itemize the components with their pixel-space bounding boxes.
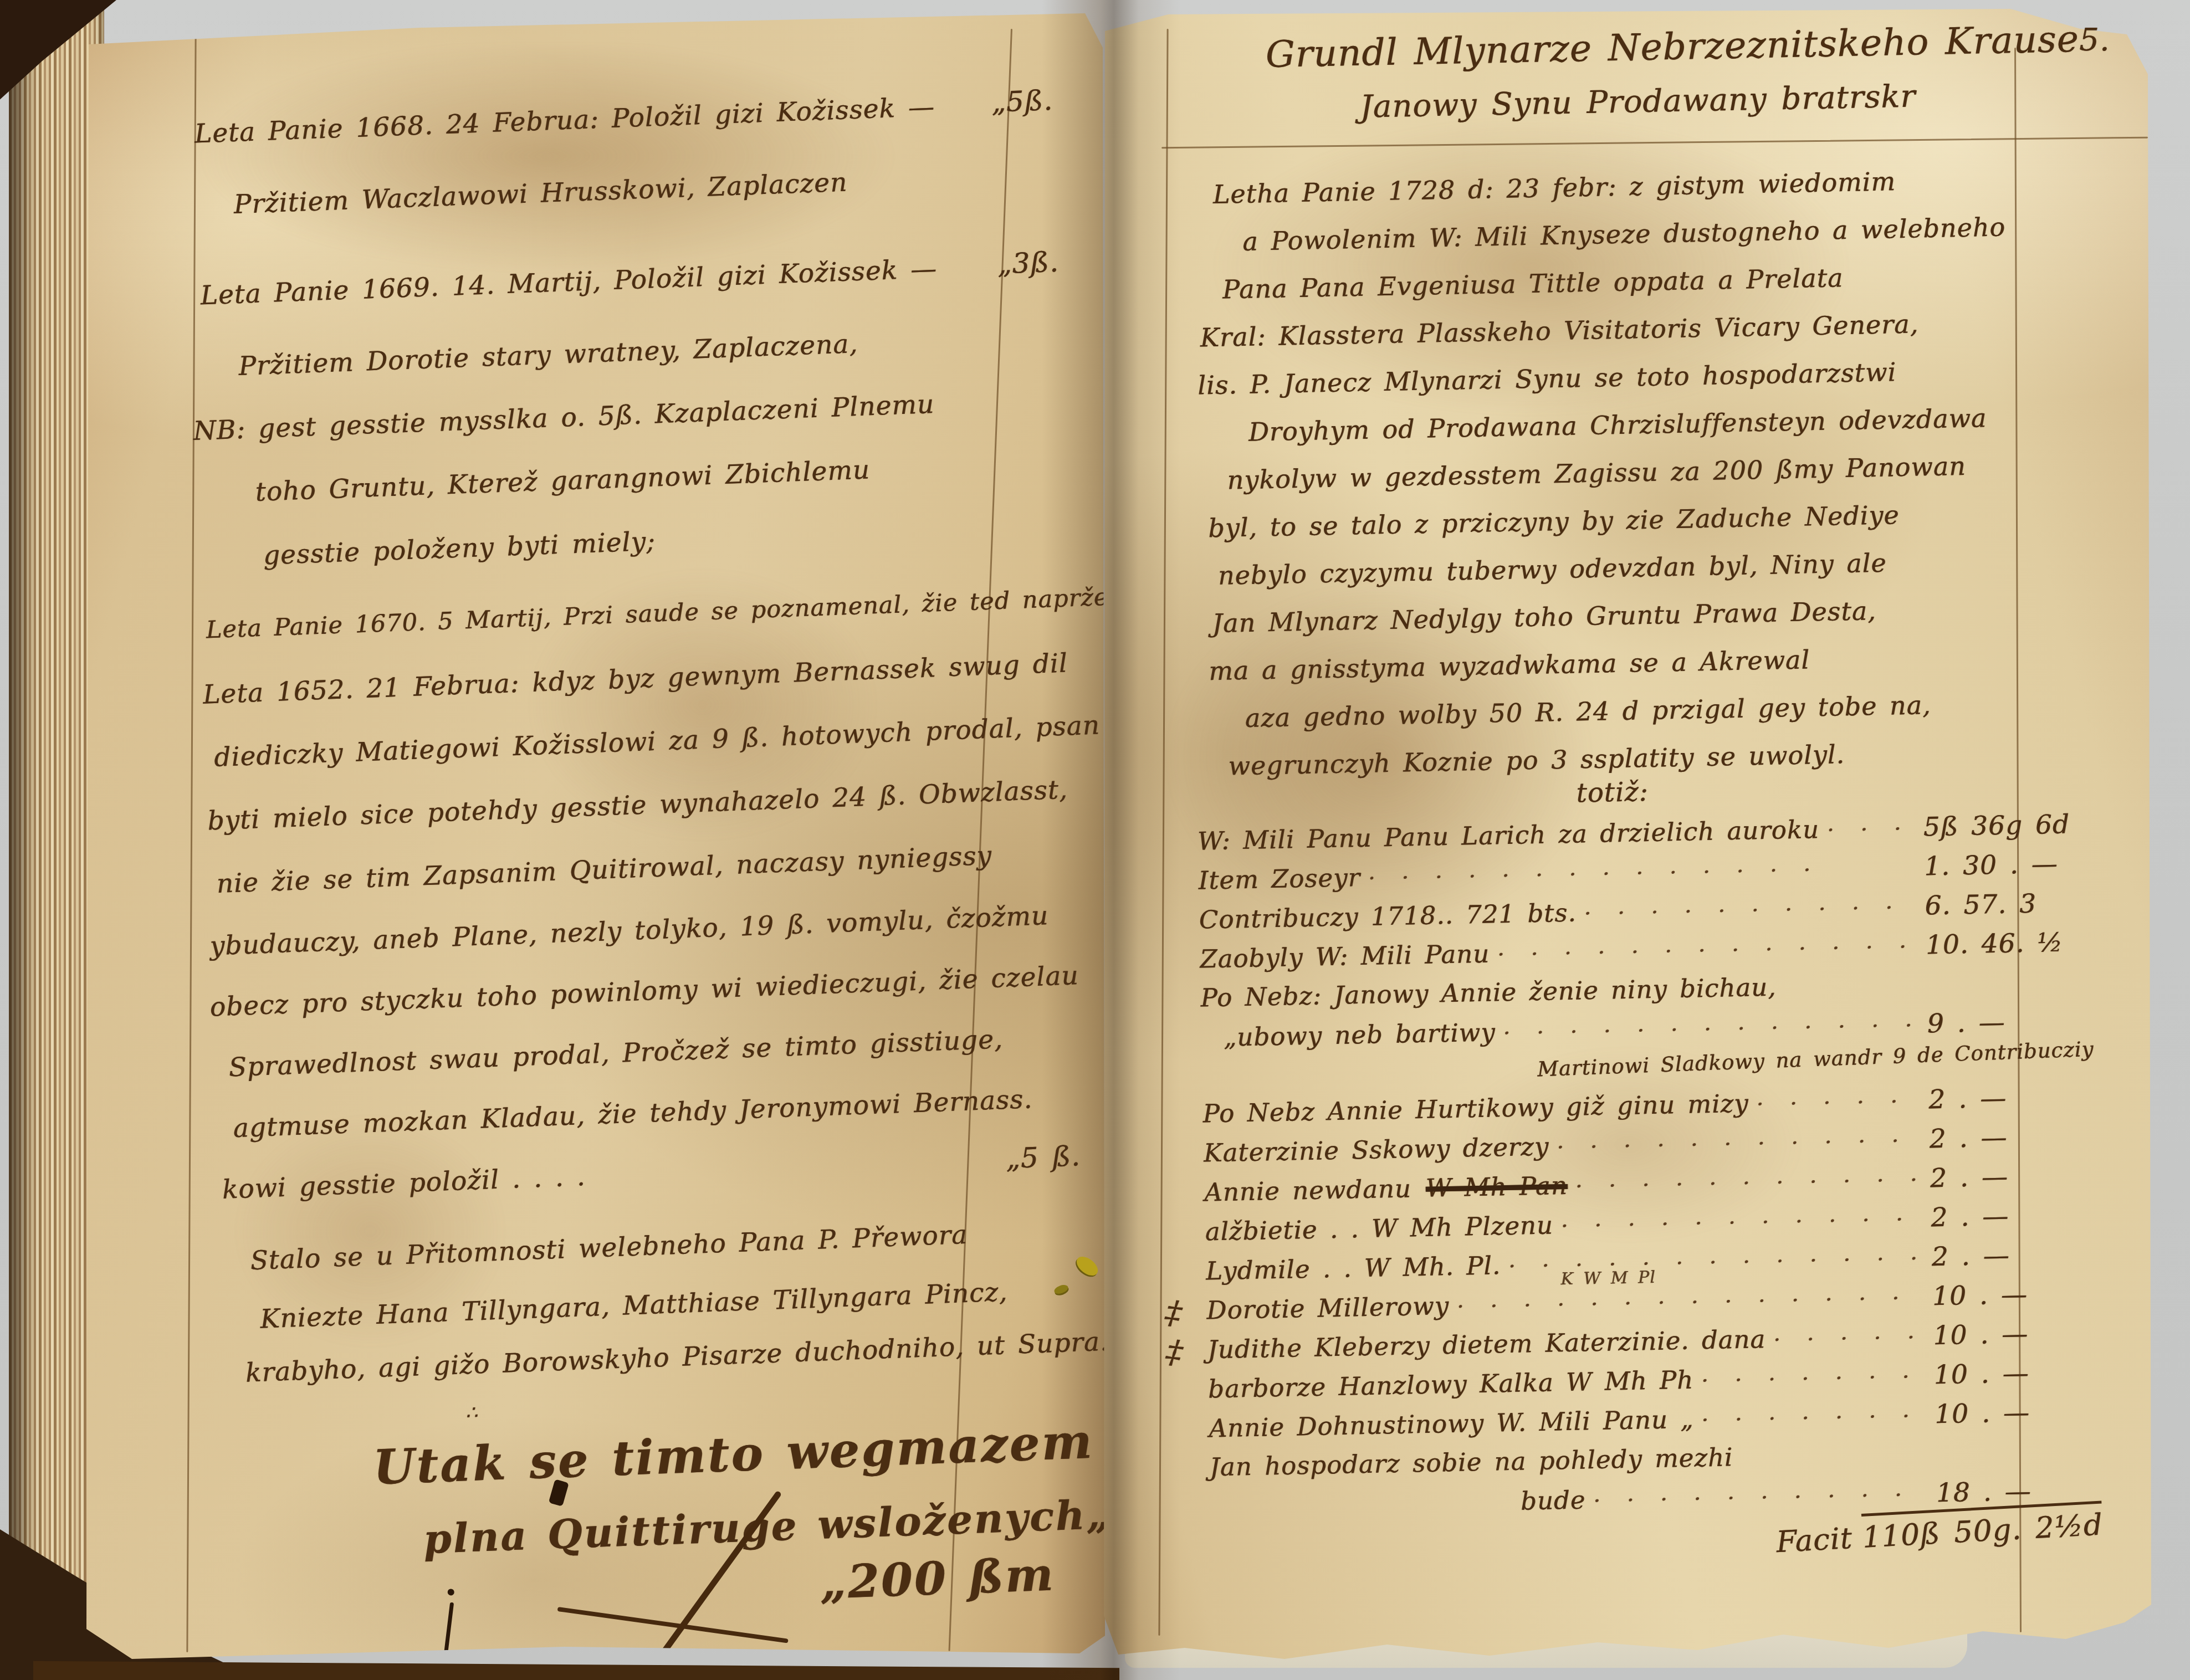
manuscript-line: Stalo se u Přitomnosti welebneho Pana P.… [250,1216,1093,1276]
dot-leader: · · · · · · · · · · · · · · [1497,934,1918,968]
line-text: nebylo czyzymu tuberwy odevzdan byl, Nin… [1217,548,1887,591]
left-page-text: Leta Panie 1668. 24 Februa: Položil gizi… [65,12,1106,1663]
manuscript-line: nykolyw w gezdesstem Zagissu za 200 ßmy … [1227,451,1966,495]
manuscript-line: Kral: Klasstera Plasskeho Visitatoris Vi… [1200,309,1918,353]
title-text: Grundl Mlynarze Nebrzeznitskeho Krause [1265,18,2079,76]
line-text: krabyho, agi gižo Borowskyho Pisarze duc… [245,1326,1106,1389]
manuscript-line: Sprawedlnost swau prodal, Pročzež se tim… [228,1023,1071,1082]
manuscript-scan: Leta Panie 1668. 24 Februa: Položil gizi… [0,0,2190,1680]
row-label: Lydmile . . W Mh. Pl. [1205,1251,1501,1285]
dot-leader: · · · · · · · · · · · · · · [1368,856,1916,892]
row-value: 9 . — [1927,1006,2094,1039]
manuscript-line: lis. P. Janecz Mlynarzi Synu se toto hos… [1198,357,1897,400]
manuscript-line: Pržitiem Waczlawowi Hrusskowi, Zaplaczen [233,160,1076,219]
title-line-1: Grundl Mlynarze Nebrzeznitskeho Krause [1265,18,2041,76]
line-text: byl, to se talo z prziczyny by zie Zaduc… [1208,500,1900,543]
margin-cross-icon: ‡ [1164,1332,1185,1371]
line-text: ybudauczy, aneb Plane, nezly tolyko, 19 … [209,900,1049,961]
row-label: alžbietie . . W Mh Plzenu [1205,1210,1553,1246]
right-page: Grundl Mlynarze Nebrzeznitskeho Krause J… [1102,9,2167,1668]
row-value: 6. 57. 3 [1925,888,2091,921]
dot-leader: · · · · · · · · · · · · · · [1575,1167,1922,1200]
row-label: W: Mili Panu Panu Larich za drzielich au… [1198,815,1820,856]
line-text: Leta Panie 1670. 5 Martij, Przi saude se… [206,583,1106,644]
manuscript-line: NB: gest gesstie mysslka o. 5ß. Kzaplacz… [193,386,1036,445]
line-text: agtmuse mozkan Kladau, žie tehdy Jeronym… [233,1084,1033,1144]
line-text: Letha Panie 1728 d: 23 febr: z gistym wi… [1212,166,1896,209]
totiz-heading: totiž: [1446,774,1779,812]
line-text: Jan Mlynarz Nedylgy toho Gruntu Prawa De… [1212,596,1876,638]
row-label: Dorotie Millerowy [1206,1291,1450,1325]
line-text: Leta 1652. 21 Februa: kdyz byz gewnym Be… [202,648,1068,710]
amount-value: „3ß. [997,247,1060,280]
manuscript-line: kowi gesstie položil . . . .„5 ß. [222,1145,1065,1204]
dot-leader: · · · · · · · · · · · · · · [1593,1482,1929,1514]
line-text: kowi gesstie položil . . . . [222,1161,586,1205]
manuscript-line: gesstie položeny byti miely; [263,511,1106,570]
row-label: „ubowy neb bartiwy [1223,1017,1496,1052]
manuscript-line: aza gedno wolby 50 R. 24 d przigal gey t… [1245,690,1931,733]
manuscript-line: Leta Panie 1668. 24 Februa: Položil gizi… [194,89,1037,148]
dot-leader: · · · · · · · · · · · · · · [1756,1089,1921,1118]
manuscript-line: Leta Panie 1669. 14. Martij, Položil giz… [200,251,1043,310]
manuscript-line: byti mielo sice potehdy gesstie wynahaze… [207,776,1050,836]
ink-dot [448,1589,454,1595]
line-text: totiž: [1576,776,1649,808]
amount-value: „200 ßm [819,1548,1056,1609]
manuscript-line: diediczky Matiegowi Kožisslowi za 9 ß. h… [213,713,1056,772]
line-text: Leta Panie 1668. 24 Februa: Položil gizi… [194,92,935,150]
manuscript-line: Kniezte Hana Tillyngara, Matthiase Tilly… [260,1274,1103,1334]
row-label: Contribuczy 1718.. 721 bts. [1199,898,1577,935]
amount-value: „5ß. [991,85,1053,118]
amount-value: „5 ß. [1005,1141,1081,1174]
strikethrough-text: W Mh Pan [1425,1171,1568,1203]
quittance-line: Utak se timto wegmazem zczela a Bau„ [372,1399,1106,1496]
line-text: diediczky Matiegowi Kožisslowi za 9 ß. h… [213,710,1101,773]
dot-leader: · · · · · · · · · · · · · · [1557,1128,1922,1161]
title-text: Janowy Synu Prodawany bratrskr [1360,79,1916,125]
line-text: Sprawedlnost swau prodal, Pročzež se tim… [228,1024,1004,1083]
manuscript-line: agtmuse mozkan Kladau, žie tehdy Jeronym… [233,1084,1076,1143]
line-text: lis. P. Janecz Mlynarzi Synu se toto hos… [1198,357,1897,400]
quittance-amount: „200 ßm [819,1548,1056,1609]
row-value: 1. 30 . — [1924,848,2091,882]
dot-leader: · · · · · · · · · · · · · · [1701,1404,1927,1433]
line-text: Pana Pana Evgeniusa Tittle oppata a Prel… [1222,263,1843,305]
title-line-2: Janowy Synu Prodawany bratrskr [1333,78,1943,126]
dot-leader: · · · · · · · · · · · · · · [1560,1207,1923,1239]
line-text: nykolyw w gezdesstem Zagissu za 200 ßmy … [1227,451,1966,495]
manuscript-line: ma a gnisstyma wyzadwkama se a Akrewal [1209,644,1810,686]
line-text: Stalo se u Přitomnosti welebneho Pana P.… [250,1220,968,1276]
manuscript-line: nie žie se tim Zapsanim Quitirowal, nacz… [216,839,1059,898]
manuscript-line: obecz pro styczku toho powinlomy wi wied… [209,962,1052,1022]
line-text: Kral: Klasstera Plasskeho Visitatoris Vi… [1200,309,1918,353]
scribal-mark: ∴ [465,1401,478,1424]
dot-leader: · · · · · · · · · · · · · · [1773,1325,1926,1353]
line-text: Kniezte Hana Tillyngara, Matthiase Tilly… [259,1277,1008,1334]
manuscript-line: Jan Mlynarz Nedylgy toho Gruntu Prawa De… [1212,596,1876,638]
row-value: 10 . — [1935,1396,2101,1430]
line-text: Pržitiem Dorotie stary wratney, Zaplacze… [238,329,858,382]
manuscript-line: krabyho, agi gižo Borowskyho Pisarze duc… [245,1328,1088,1387]
page-number: 5. [2079,22,2110,58]
line-text: Leta Panie 1669. 14. Martij, Položil giz… [200,254,938,311]
row-label: Katerzinie Sskowy dzerzy [1203,1132,1549,1168]
line-text: aza gedno wolby 50 R. 24 d przigal gey t… [1245,690,1931,733]
row-label: Annie newdanu [1204,1174,1411,1207]
row-label: bude [1521,1485,1586,1515]
line-text: Droyhym od Prodawana Chrzisluffensteyn o… [1248,403,1987,447]
manuscript-line: Pržitiem Dorotie stary wratney, Zaplacze… [238,321,1081,381]
manuscript-line: Leta 1652. 21 Februa: kdyz byz gewnym Be… [202,650,1045,709]
row-value: 10 . — [1932,1278,2099,1312]
manuscript-line: ybudauczy, aneb Plane, nezly tolyko, 19 … [209,902,1052,961]
margin-cross-icon: ‡ [1163,1293,1184,1332]
dot-leader: · · · · · · · · · · · · · · [1584,895,1917,927]
right-page-text: Grundl Mlynarze Nebrzeznitskeho Krause J… [1102,9,2167,1668]
row-value: 10 . — [1933,1318,2100,1351]
dot-leader: · · · · · · · · · · · · · · [1701,1364,1927,1394]
line-text: Utak se timto wegmazem zczela a Bau„ [372,1399,1106,1496]
facit-label: Facit [1775,1522,1854,1559]
manuscript-line: byl, to se talo z prziczyny by zie Zaduc… [1208,500,1900,543]
line-text: toho Gruntu, Kterež garangnowi Zbichlemu [255,454,871,508]
row-value: 2 . — [1931,1200,2097,1233]
line-text: byti mielo sice potehdy gesstie wynahaze… [207,775,1068,837]
line-text: Pržitiem Waczlawowi Hrusskowi, Zaplaczen [233,167,848,221]
manuscript-line: Letha Panie 1728 d: 23 febr: z gistym wi… [1212,166,1896,209]
ink-stroke [442,1602,454,1663]
line-text: gesstie položeny byti miely; [263,526,656,571]
dot-leader: · · · · · · · · · · · · · · [1503,1013,1920,1046]
ledger: W: Mili Panu Panu Larich za drzielich au… [1198,809,2104,1575]
manuscript-line: toho Gruntu, Kterež garangnowi Zbichlemu [255,447,1098,506]
manuscript-line: a Powolenim W: Mili Knyseze dustogneho a… [1242,212,2006,256]
line-text: NB: gest gesstie mysslka o. 5ß. Kzaplacz… [193,389,935,447]
row-value: 2 . — [1931,1239,2098,1273]
dot-leader: · · · · · · · · · · · · · · [1456,1285,1925,1320]
row-value: 5ß 36g 6d [1923,809,2090,843]
line-text: obecz pro styczku toho powinlomy wi wied… [209,960,1079,1022]
dot-leader: · · · · · · · · · · · · · · [1826,816,1916,843]
row-value: 10 . — [1933,1357,2100,1391]
line-text: nie žie se tim Zapsanim Quitirowal, nacz… [216,841,992,899]
line-text: ma a gnisstyma wyzadwkama se a Akrewal [1209,644,1810,686]
row-label: Zaobyly W: Mili Panu [1200,939,1490,974]
manuscript-line: nebylo czyzymu tuberwy odevzdan byl, Nin… [1217,548,1887,591]
row-value: 2 . — [1928,1082,2095,1115]
row-value: 10. 46. ½ [1925,927,2092,961]
row-value: 2 . — [1930,1160,2096,1194]
manuscript-line: Pana Pana Evgeniusa Tittle oppata a Prel… [1222,263,1843,305]
inserted-text: K W M Pl [1560,1268,1656,1289]
left-page: Leta Panie 1668. 24 Februa: Položil gizi… [65,12,1106,1663]
line-text: a Powolenim W: Mili Knyseze dustogneho a… [1242,212,2006,256]
row-label: Item Zoseyr [1198,863,1360,895]
manuscript-line: Droyhym od Prodawana Chrzisluffensteyn o… [1248,403,1987,447]
row-value: 2 . — [1929,1121,2096,1155]
manuscript-line: Leta Panie 1670. 5 Martij, Przi saude se… [206,587,1048,644]
